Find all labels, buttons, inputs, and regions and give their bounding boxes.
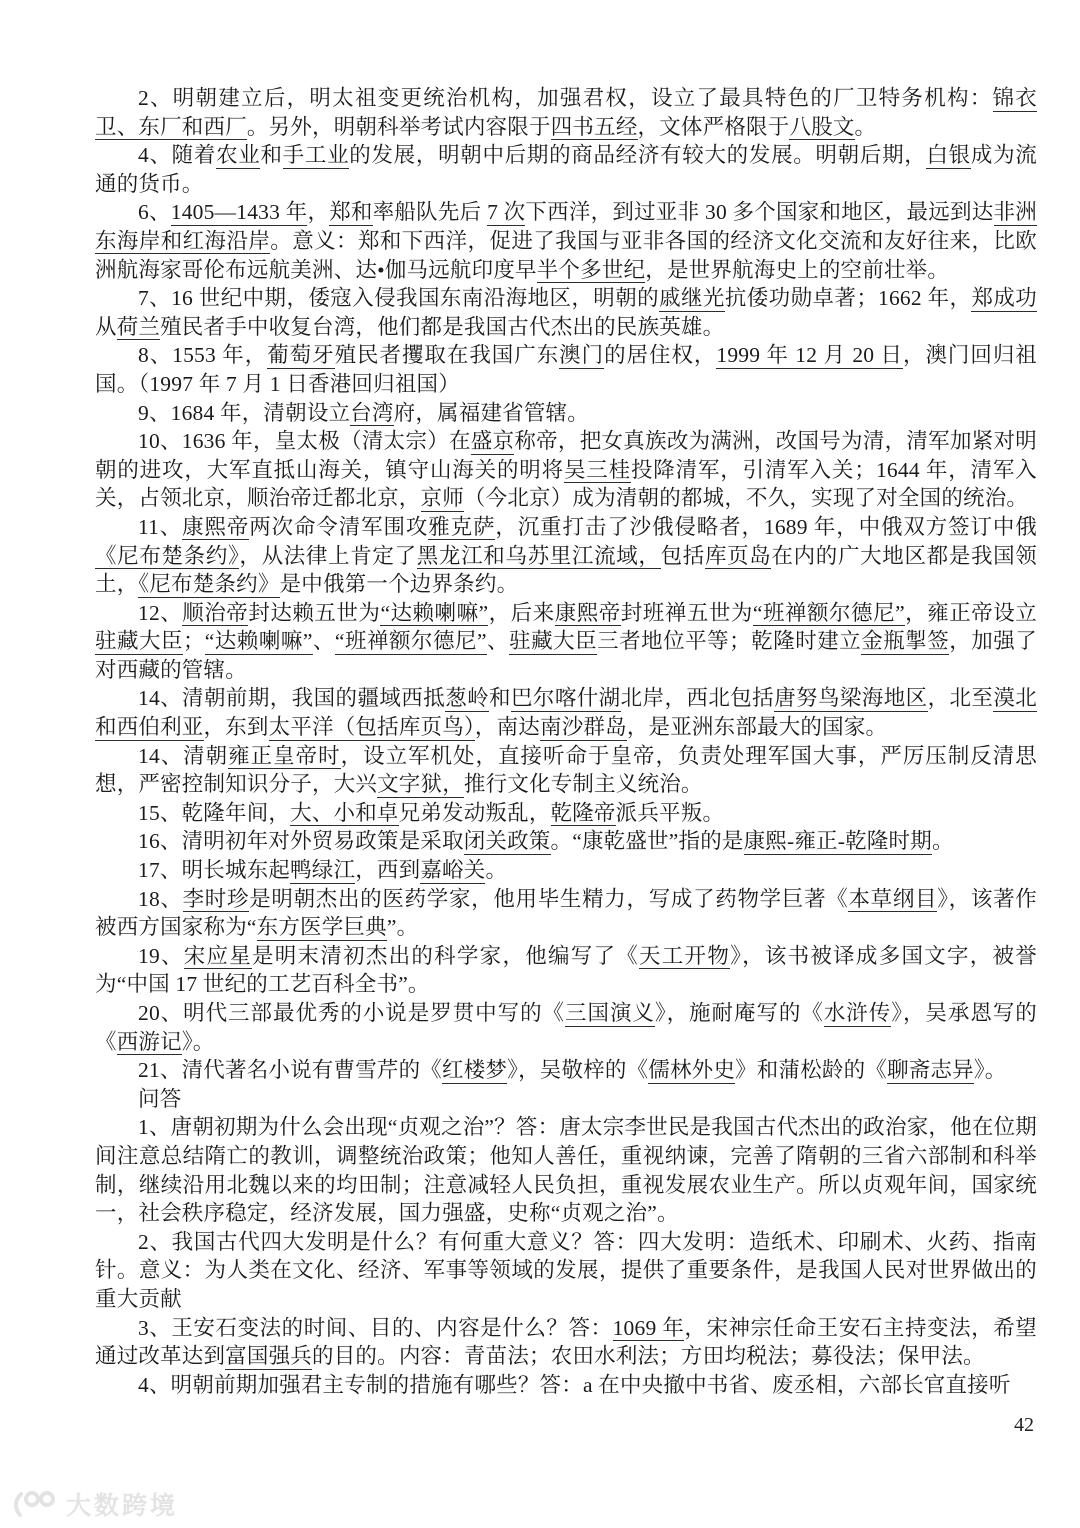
- underlined-term: 嘉峪关: [420, 858, 485, 884]
- text-run: ，沉重打击了沙俄侵略者，1689 年，中俄双方签订中俄: [495, 515, 1037, 539]
- text-run: 下西洋，到过亚非 30 多个国家和地区，最远到达: [525, 200, 993, 224]
- underlined-term: 南沙群岛: [540, 715, 627, 741]
- text-run: 殖民者攫取在我国广东: [335, 343, 560, 367]
- text-run: ，北至: [928, 686, 994, 710]
- underlined-term: 李时珍: [183, 887, 250, 913]
- text-run: 从: [95, 315, 117, 339]
- paragraph: 20、明代三部最优秀的小说是罗贯中写的《三国演义》，施耐庵写的《水浒传》，吴承恩…: [95, 999, 1037, 1056]
- text-run: 的目的。内容：青苗法；农田水利法；方田均税法；募役法；保甲法。: [312, 1344, 985, 1368]
- underlined-term: 西游记: [117, 1030, 182, 1056]
- document-page: 2、明朝建立后，明太祖变更统治机构，加强君权，设立了最具特色的厂卫特务机构：锦衣…: [0, 0, 1080, 1528]
- underlined-term: 儒林外史: [648, 1058, 735, 1084]
- underlined-term: 戚继光: [659, 286, 725, 312]
- text-run: ”。: [387, 915, 418, 939]
- underlined-term: 三国演义: [565, 1001, 655, 1027]
- paragraph: 9、1684 年，清朝设立台湾府，属福建省管辖。: [95, 399, 1037, 428]
- underlined-term: 顺治帝: [182, 601, 248, 627]
- text-run: 。“康乾盛世”指的是: [551, 829, 744, 853]
- text-run: 和: [489, 686, 511, 710]
- underlined-term: 东方医学巨典: [257, 915, 387, 941]
- text-run: 14、清朝: [138, 744, 228, 768]
- text-run: ，东到: [204, 715, 269, 739]
- text-run: 和: [260, 143, 282, 167]
- text-run: 1、唐朝初期为什么会出现“贞观之治”？答：唐太宗李世民是我国古代杰出的政治家，他…: [95, 1115, 1037, 1225]
- text-run: ，雍正帝设立: [905, 601, 1037, 625]
- paragraph: 16、清明初年对外贸易政策是采取闭关政策。“康乾盛世”指的是康熙-雍正-乾隆时期…: [95, 827, 1037, 856]
- underlined-term: 郑和: [329, 200, 373, 226]
- text-run: 18、: [138, 887, 183, 911]
- text-run: ；: [183, 629, 205, 653]
- paragraph: 2、明朝建立后，明太祖变更统治机构，加强君权，设立了最具特色的厂卫特务机构：锦衣…: [95, 84, 1037, 141]
- text-run: 是中俄第一个边界条约。: [280, 572, 519, 596]
- text-run: （今北京）成为清朝的都城，不久，实现了对全国的统治。: [464, 486, 1028, 510]
- text-run: 2、我国古代四大发明是什么？有何重大意义？答：四大发明：造纸术、印刷术、火药、指…: [95, 1230, 1037, 1311]
- text-run: 两次命令清军围攻: [249, 515, 428, 539]
- underlined-term: 郑成功: [971, 286, 1037, 312]
- underlined-term: “班禅额尔德尼”: [753, 601, 905, 627]
- paragraph: 7、16 世纪中期，倭寇入侵我国东南沿海地区，明朝的戚继光抗倭功勋卓著；1662…: [95, 284, 1037, 341]
- paragraph: 8、1553 年，葡萄牙殖民者攫取在我国广东澳门的居住权，1999 年 12 月…: [95, 341, 1037, 398]
- underlined-term: 宋应星: [184, 944, 252, 970]
- underlined-term: 白银: [926, 143, 970, 169]
- text-run: 府，属福建省管辖。: [394, 401, 589, 425]
- page-number: 42: [1014, 1414, 1034, 1437]
- text-run: 16、清明初年对外贸易政策是采取: [138, 829, 464, 853]
- paragraph: 21、清代著名小说有曹雪芹的《红楼梦》，吴敬梓的《儒林外史》和蒲松龄的《聊斋志异…: [95, 1056, 1037, 1085]
- underlined-term: 乾隆帝: [551, 801, 616, 827]
- text-run: 2、明朝建立后，明太祖变更统治机构，加强君权，设立了最具特色的厂卫特务机构：: [138, 86, 993, 110]
- paragraph: 4、明朝前期加强君主专制的措施有哪些？答：a 在中央撤中书省、废丞相，六部长官直…: [95, 1371, 1037, 1400]
- underlined-term: 闭关政策: [464, 829, 551, 855]
- text-run: 10、1636 年，皇太极（清太宗）在: [138, 429, 471, 453]
- paragraph: 3、王安石变法的时间、目的、内容是什么？答：1069 年，宋神宗任命王安石主持变…: [95, 1314, 1037, 1371]
- text-run: 8、1553 年，: [138, 343, 267, 367]
- text-run: 11、: [138, 515, 182, 539]
- underlined-term: 1069 年: [613, 1316, 685, 1342]
- paragraph: 10、1636 年，皇太极（清太宗）在盛京称帝，把女真族改为满洲，改国号为清，清…: [95, 427, 1037, 513]
- text-run: 15、乾隆年间，: [138, 801, 290, 825]
- text-run: 3、王安石变法的时间、目的、内容是什么？答：: [138, 1316, 613, 1340]
- underlined-term: 《尼布楚条约》: [95, 544, 239, 570]
- text-run: 6、: [138, 200, 171, 224]
- text-run: 兄弟发动叛乱，: [399, 801, 551, 825]
- underlined-term: 聊斋志异: [887, 1058, 974, 1084]
- text-run: 三者地位平等；乾隆时建立: [597, 629, 861, 653]
- paragraph: 问答: [95, 1085, 1037, 1114]
- text-run: 21、清代著名小说有曹雪芹的《: [138, 1058, 442, 1082]
- underlined-term: 雍正皇帝时: [228, 744, 340, 770]
- text-run: 殖民者手中收复台湾，他们都是我国古代杰出的民族英雄。: [160, 315, 724, 339]
- text-run: 。另外，明朝科举考试内容限于: [247, 115, 551, 139]
- text-run: 派兵平叛。: [616, 801, 725, 825]
- underlined-term: 葱岭: [445, 686, 489, 712]
- text-run: 。: [855, 115, 877, 139]
- text-run: ，后来: [488, 601, 554, 625]
- text-run: 、: [487, 629, 509, 653]
- paragraph: 14、清朝雍正皇帝时，设立军机处，直接听命于皇帝，负责处理军国大事，严厉压制反清…: [95, 742, 1037, 799]
- underlined-term: 巴尔喀什湖: [511, 686, 621, 712]
- text-run: 》。: [182, 1030, 215, 1054]
- text-run: 》和蒲松龄的《: [735, 1058, 887, 1082]
- underlined-term: “班禅额尔德尼”: [335, 629, 487, 655]
- underlined-term: 文字狱，: [377, 772, 464, 798]
- text-run: 19、: [138, 944, 184, 968]
- text-run: 推行文化专制主义统治。: [464, 772, 703, 796]
- underlined-term: 1405—1433 年: [171, 200, 308, 226]
- text-run: 7、16 世纪中期，倭寇入侵我国东南沿海地区，明朝的: [138, 286, 659, 310]
- text-run: ，南达: [475, 715, 540, 739]
- underlined-term: 1999 年 12 月 20 日: [716, 343, 903, 369]
- text-run: ，文体严格限于: [638, 115, 790, 139]
- text-run: 20、明代三部最优秀的小说是罗贯中写的《: [138, 1001, 565, 1025]
- underlined-term: 鸭绿江: [290, 858, 355, 884]
- text-run: 。: [485, 858, 507, 882]
- paragraph: 19、宋应星是明末清初杰出的科学家，他编写了《天工开物》，该书被译成多国文字，被…: [95, 942, 1037, 999]
- paragraph: 2、我国古代四大发明是什么？有何重大意义？答：四大发明：造纸术、印刷术、火药、指…: [95, 1228, 1037, 1314]
- text-run: 是明末清初杰出的科学家，他编写了《: [252, 944, 639, 968]
- paragraph: 17、明长城东起鸭绿江，西到嘉峪关。: [95, 856, 1037, 885]
- text-run: 》，吴敬梓的《: [507, 1058, 648, 1082]
- text-run: ，: [307, 200, 329, 224]
- underlined-term: 康熙帝: [555, 601, 621, 627]
- underlined-term: 台湾: [350, 401, 393, 427]
- underlined-term: 半个多世纪: [537, 258, 646, 284]
- underlined-term: 驻藏大臣: [509, 629, 597, 655]
- text-run: 14、清朝前期，我国的疆域西抵: [138, 686, 445, 710]
- underlined-term: 康熙-雍正-乾隆时期: [744, 829, 932, 855]
- text-run: 》。: [974, 1058, 1007, 1082]
- underlined-term: 驻藏大臣: [95, 629, 183, 655]
- underlined-term: 八股文: [789, 115, 854, 141]
- underlined-term: 金瓶掣签: [861, 629, 949, 655]
- underlined-term: 红楼梦: [442, 1058, 507, 1084]
- underlined-term: 库页岛: [705, 544, 772, 570]
- document-body: 2、明朝建立后，明太祖变更统治机构，加强君权，设立了最具特色的厂卫特务机构：锦衣…: [95, 84, 1037, 1399]
- underlined-term: 手工业: [283, 143, 350, 169]
- text-run: 的发展，明朝中后期的商品经济有较大的发展。明朝后期，: [349, 143, 926, 167]
- paragraph: 15、乾隆年间，大、小和卓兄弟发动叛乱，乾隆帝派兵平叛。: [95, 799, 1037, 828]
- underlined-term: 荷兰: [117, 315, 160, 341]
- text-run: ，西到: [355, 858, 420, 882]
- text-run: 4、明朝前期加强君主专制的措施有哪些？答：a 在中央撤中书省、废丞相，六部长官直…: [138, 1373, 1011, 1397]
- text-run: 是明朝杰出的医药学家，他用毕生精力，写成了药物学巨著《: [249, 887, 848, 911]
- paragraph: 6、1405—1433 年，郑和率船队先后 7 次下西洋，到过亚非 30 多个国…: [95, 198, 1037, 284]
- underlined-term: 黑龙江和乌苏里江流域，: [417, 544, 661, 570]
- underlined-term: 7 次: [487, 200, 525, 226]
- text-run: 12、: [138, 601, 182, 625]
- text-run: 的居住权，: [604, 343, 716, 367]
- underlined-term: 本草纲目: [848, 887, 937, 913]
- text-run: 封班禅五世为: [621, 601, 753, 625]
- underlined-term: 大、小和卓: [290, 801, 399, 827]
- watermark-text: 大数跨境: [66, 1486, 178, 1522]
- underlined-term: 雅克萨: [428, 515, 495, 541]
- underlined-term: 四书五经: [551, 115, 638, 141]
- text-run: 》，施耐庵写的《: [655, 1001, 824, 1025]
- underlined-term: 农业: [216, 143, 260, 169]
- watermark-logo-icon: [12, 1488, 58, 1520]
- paragraph: 4、随着农业和手工业的发展，明朝中后期的商品经济有较大的发展。明朝后期，白银成为…: [95, 141, 1037, 198]
- watermark: 大数跨境: [12, 1486, 178, 1522]
- paragraph: 18、李时珍是明朝杰出的医药学家，他用毕生精力，写成了药物学巨著《本草纲目》，该…: [95, 885, 1037, 942]
- underlined-term: 吴三桂: [564, 458, 631, 484]
- text-run: 9、1684 年，清朝设立: [138, 401, 350, 425]
- text-run: 17、明长城东起: [138, 858, 290, 882]
- text-run: 北岸，西北包括: [621, 686, 774, 710]
- text-run: 包括: [661, 544, 705, 568]
- text-run: 4、随着: [138, 143, 216, 167]
- text-run: 率船队先后: [373, 200, 487, 224]
- text-run: 抗倭功勋卓著；1662 年，: [725, 286, 972, 310]
- paragraph: 14、清朝前期，我国的疆域西抵葱岭和巴尔喀什湖北岸，西北包括唐努鸟梁海地区，北至…: [95, 684, 1037, 741]
- underlined-term: 水浒传: [824, 1001, 891, 1027]
- underlined-term: 《尼布楚条约》: [138, 572, 279, 598]
- underlined-term: 富国强兵: [225, 1344, 312, 1370]
- text-run: ，从法律上肯定了: [239, 544, 416, 568]
- paragraph: 11、康熙帝两次命令清军围攻雅克萨，沉重打击了沙俄侵略者，1689 年，中俄双方…: [95, 513, 1037, 599]
- underlined-term: 唐努鸟梁海地区: [774, 686, 927, 712]
- text-run: 问答: [138, 1087, 181, 1111]
- underlined-term: 京师: [421, 486, 464, 512]
- paragraph: 12、顺治帝封达赖五世为“达赖喇嘛”，后来康熙帝封班禅五世为“班禅额尔德尼”，雍…: [95, 599, 1037, 685]
- paragraph: 1、唐朝初期为什么会出现“贞观之治”？答：唐太宗李世民是我国古代杰出的政治家，他…: [95, 1113, 1037, 1227]
- underlined-term: 康熙帝: [182, 515, 249, 541]
- underlined-term: 澳门: [559, 343, 604, 369]
- text-run: 封达赖五世为: [248, 601, 380, 625]
- text-run: ，是亚洲东部最大的国家。: [627, 715, 887, 739]
- text-run: 。: [932, 829, 954, 853]
- underlined-term: 盛京: [471, 429, 515, 455]
- text-run: 、: [313, 629, 335, 653]
- underlined-term: “达赖喇嘛”: [205, 629, 313, 655]
- text-run: ，是世界航海史上的空前壮举。: [645, 258, 949, 282]
- underlined-term: “达赖喇嘛”: [380, 601, 488, 627]
- underlined-term: 天工开物: [639, 944, 730, 970]
- underlined-term: 太平洋（包括库页鸟）: [269, 715, 475, 741]
- underlined-term: 葡萄牙: [267, 343, 334, 369]
